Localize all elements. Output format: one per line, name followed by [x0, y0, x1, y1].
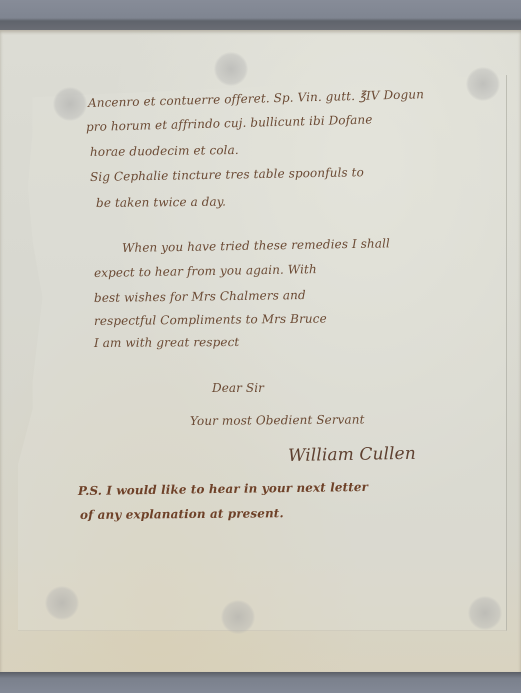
- wax-stain-icon: [45, 586, 79, 620]
- letter-sheet: Ancenro et contuerre offeret. Sp. Vin. g…: [0, 30, 521, 672]
- letter-body-line: I am with great respect: [94, 335, 239, 350]
- wax-stain-icon: [214, 52, 248, 86]
- wax-stain-icon: [468, 596, 502, 630]
- wax-stain-icon: [221, 600, 255, 634]
- mount-top-border: [0, 0, 521, 30]
- wax-stain-icon: [53, 87, 87, 121]
- mount-bottom-border: [0, 672, 521, 693]
- wax-stain-icon: [466, 67, 500, 101]
- signature: William Cullen: [288, 444, 416, 466]
- letter-body-line: best wishes for Mrs Chalmers and: [94, 288, 306, 305]
- closing-salutation: Dear Sir: [212, 381, 264, 395]
- postscript-line: of any explanation at present.: [80, 506, 284, 522]
- closing-valediction: Your most Obedient Servant: [190, 412, 365, 428]
- letter-body-line: horae duodecim et cola.: [90, 143, 239, 159]
- letter-body-line: respectful Compliments to Mrs Bruce: [94, 312, 327, 328]
- letter-body-line: be taken twice a day.: [96, 195, 226, 210]
